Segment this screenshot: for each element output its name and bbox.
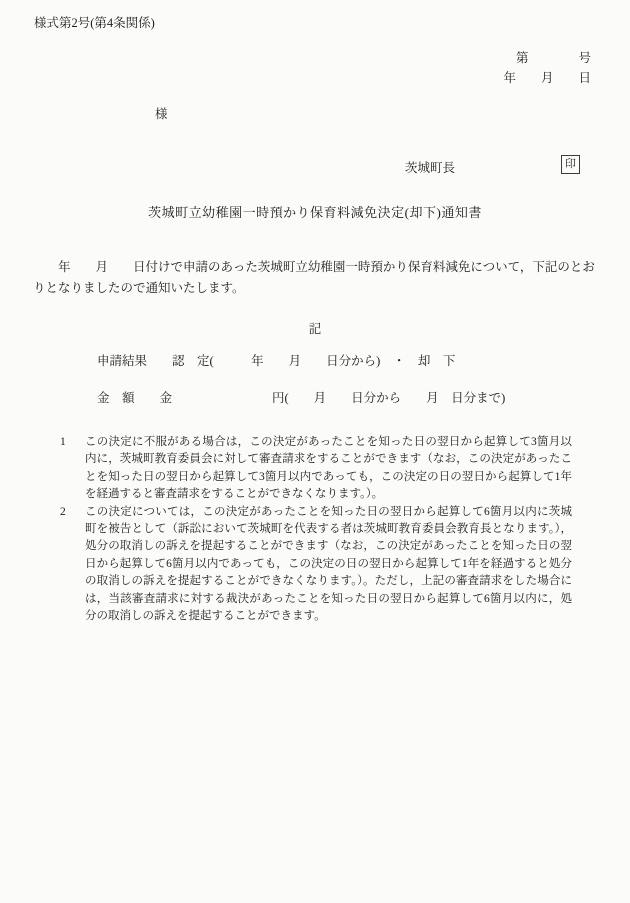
note-item-1: 1 この決定に不服がある場合は，この決定があったことを知った日の翌日から起算して… (60, 434, 572, 504)
seal-label: 印 (565, 159, 576, 170)
note-text: この決定については，この決定があったことを知った日の翌日から起算して6箇月以内に… (85, 504, 572, 626)
doc-number-line: 第 号 (503, 48, 591, 68)
application-result-line: 申請結果 認 定( 年 月 日分から) ・ 却 下 (97, 353, 455, 371)
date-line: 年 月 日 (503, 68, 591, 88)
form-number-label: 様式第2号(第4条関係) (34, 15, 155, 33)
body-paragraph: 年 月 日付けで申請のあった茨城町立幼稚園一時預かり保育料減免について，下記のと… (33, 257, 599, 299)
note-number: 1 (60, 434, 85, 451)
record-marker: 記 (0, 321, 630, 339)
document-title: 茨城町立幼稚園一時預かり保育料減免決定(却下)通知書 (0, 204, 630, 222)
note-number: 2 (60, 504, 85, 521)
amount-line: 金 額 金 円( 月 日分から 月 日分まで) (97, 390, 505, 408)
note-item-2: 2 この決定については，この決定があったことを知った日の翌日から起算して6箇月以… (60, 504, 572, 626)
note-text: この決定に不服がある場合は，この決定があったことを知った日の翌日から起算して3箇… (85, 434, 572, 504)
addressee-honorific: 様 (155, 106, 168, 124)
seal-box: 印 (561, 155, 580, 174)
document-page: 様式第2号(第4条関係) 第 号 年 月 日 様 茨城町長 印 茨城町立幼稚園一… (0, 0, 630, 903)
document-header-meta: 第 号 年 月 日 (503, 48, 591, 88)
notes-list: 1 この決定に不服がある場合は，この決定があったことを知った日の翌日から起算して… (60, 434, 572, 625)
issuer-title: 茨城町長 (405, 160, 455, 178)
